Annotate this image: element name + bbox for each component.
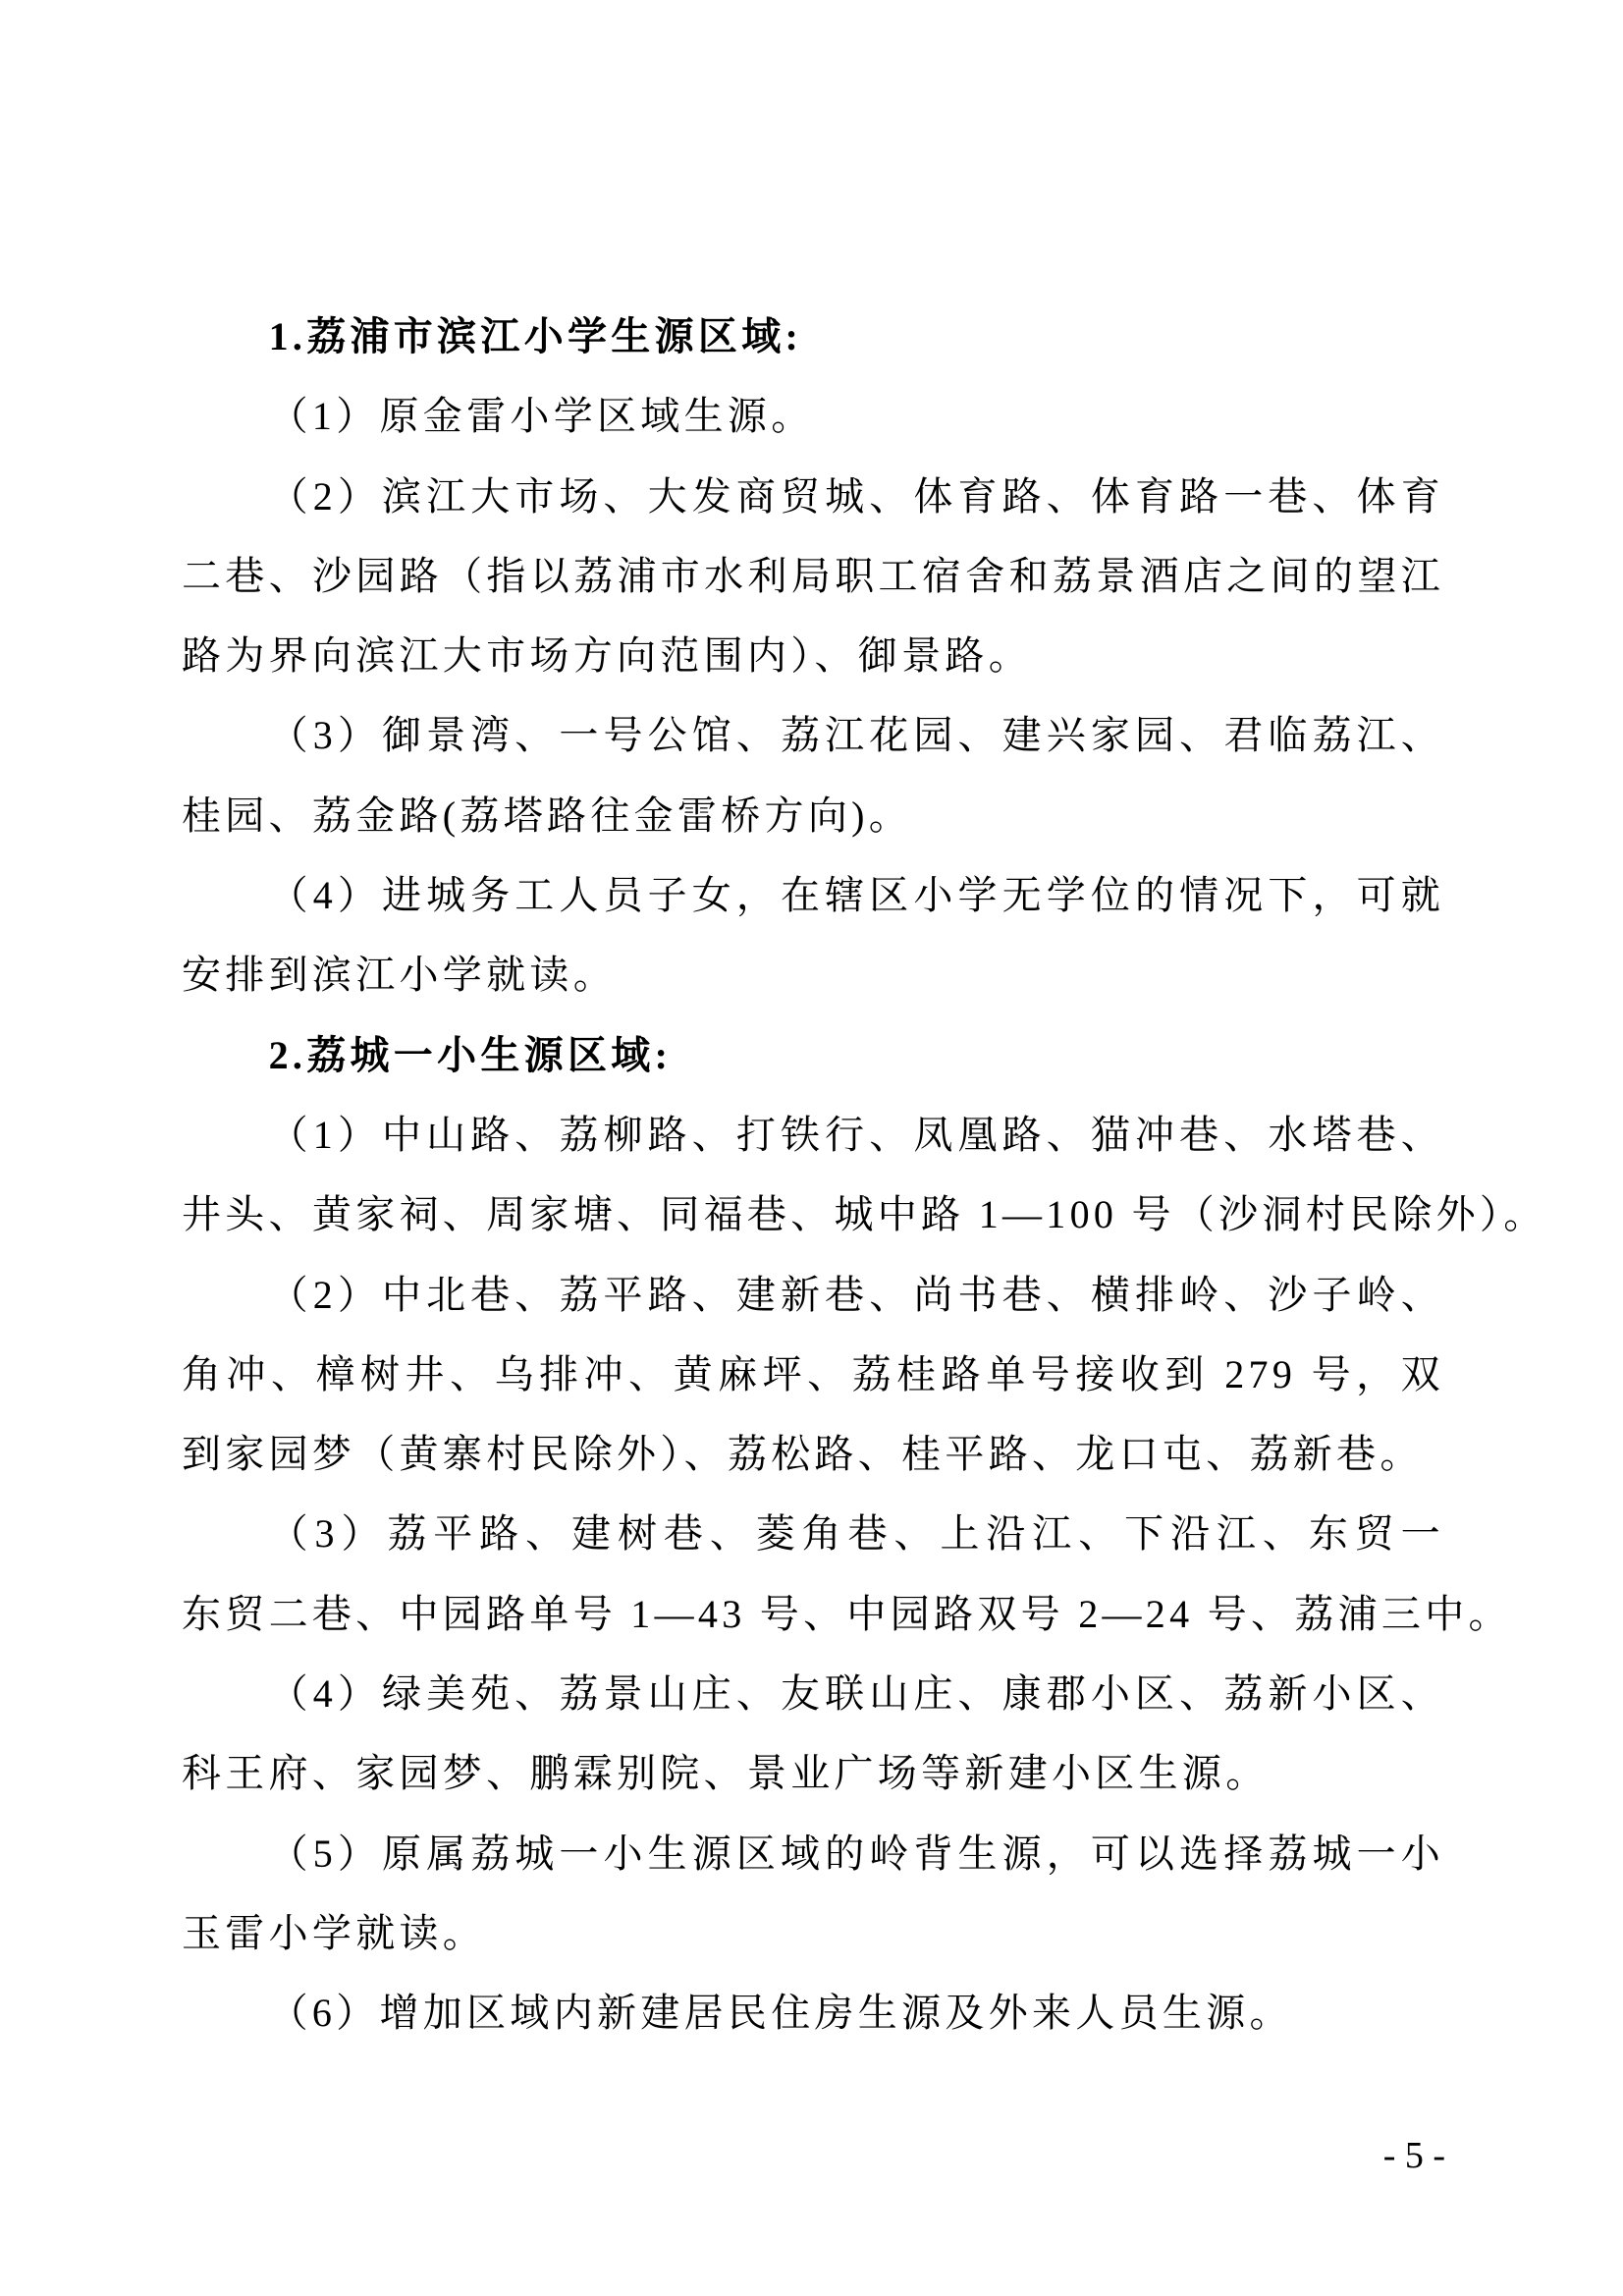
page-number: - 5 -: [1335, 2131, 1445, 2180]
section-heading-1: 1.荔浦市滨江小学生源区域:: [182, 297, 1444, 376]
paragraph-line: 路为界向滨江大市场方向范围内）、御景路。: [182, 616, 1444, 695]
section-2-item-2: （2）中北巷、荔平路、建新巷、尚书巷、横排岭、沙子岭、牛 角冲、樟树井、乌排冲、…: [182, 1255, 1444, 1495]
paragraph-line: 二巷、沙园路（指以荔浦市水利局职工宿舍和荔景酒店之间的望江: [182, 536, 1444, 616]
section-1-item-4: （4）进城务工人员子女，在辖区小学无学位的情况下，可就近 安排到滨江小学就读。: [182, 855, 1444, 1015]
paragraph-line: 安排到滨江小学就读。: [182, 935, 1444, 1014]
paragraph-line: 科王府、家园梦、鹏霖别院、景业广场等新建小区生源。: [182, 1733, 1444, 1813]
paragraph-line: 到家园梦（黄寨村民除外）、荔松路、桂平路、龙口屯、荔新巷。: [182, 1414, 1444, 1494]
section-1-item-1: （1）原金雷小学区域生源。: [182, 376, 1444, 456]
paragraph-line: 玉雷小学就读。: [182, 1893, 1444, 1973]
paragraph-line: （4）进城务工人员子女，在辖区小学无学位的情况下，可就近: [182, 855, 1444, 935]
paragraph-line: 东贸二巷、中园路单号 1—43 号、中园路双号 2—24 号、荔浦三中。: [182, 1574, 1444, 1654]
paragraph-line: （2）中北巷、荔平路、建新巷、尚书巷、横排岭、沙子岭、牛: [182, 1255, 1444, 1335]
document-body: 1.荔浦市滨江小学生源区域: （1）原金雷小学区域生源。 （2）滨江大市场、大发…: [182, 297, 1444, 2053]
paragraph-line: （5）原属荔城一小生源区域的岭背生源，可以选择荔城一小或: [182, 1814, 1444, 1893]
paragraph-line: 桂园、荔金路(荔塔路往金雷桥方向)。: [182, 776, 1444, 855]
section-2-item-5: （5）原属荔城一小生源区域的岭背生源，可以选择荔城一小或 玉雷小学就读。: [182, 1814, 1444, 1974]
paragraph-line: （2）滨江大市场、大发商贸城、体育路、体育路一巷、体育路: [182, 457, 1444, 536]
section-2-item-4: （4）绿美苑、荔景山庄、友联山庄、康郡小区、荔新小区、金 科王府、家园梦、鹏霖别…: [182, 1654, 1444, 1814]
section-heading-2: 2.荔城一小生源区域:: [182, 1015, 1444, 1095]
paragraph-line: 井头、黄家祠、周家塘、同福巷、城中路 1—100 号（沙洞村民除外）。: [182, 1175, 1444, 1254]
paragraph-line: （4）绿美苑、荔景山庄、友联山庄、康郡小区、荔新小区、金: [182, 1654, 1444, 1733]
section-2-item-1: （1）中山路、荔柳路、打铁行、凤凰路、猫冲巷、水塔巷、大 井头、黄家祠、周家塘、…: [182, 1095, 1444, 1255]
paragraph-line: （3）荔平路、建树巷、菱角巷、上沿江、下沿江、东贸一巷、: [182, 1494, 1444, 1573]
section-1-item-2: （2）滨江大市场、大发商贸城、体育路、体育路一巷、体育路 二巷、沙园路（指以荔浦…: [182, 457, 1444, 696]
section-2-item-6: （6）增加区域内新建居民住房生源及外来人员生源。: [182, 1973, 1444, 2052]
paragraph-line: （1）中山路、荔柳路、打铁行、凤凰路、猫冲巷、水塔巷、大: [182, 1095, 1444, 1175]
paragraph-line: （1）原金雷小学区域生源。: [182, 376, 1444, 456]
paragraph-line: （6）增加区域内新建居民住房生源及外来人员生源。: [182, 1973, 1444, 2052]
document-page: 1.荔浦市滨江小学生源区域: （1）原金雷小学区域生源。 （2）滨江大市场、大发…: [0, 0, 1623, 2296]
section-1-item-3: （3）御景湾、一号公馆、荔江花园、建兴家园、君临荔江、碧 桂园、荔金路(荔塔路往…: [182, 695, 1444, 855]
paragraph-line: （3）御景湾、一号公馆、荔江花园、建兴家园、君临荔江、碧: [182, 695, 1444, 775]
paragraph-line: 角冲、樟树井、乌排冲、黄麻坪、荔桂路单号接收到 279 号，双号: [182, 1335, 1444, 1414]
section-2-item-3: （3）荔平路、建树巷、菱角巷、上沿江、下沿江、东贸一巷、 东贸二巷、中园路单号 …: [182, 1494, 1444, 1654]
